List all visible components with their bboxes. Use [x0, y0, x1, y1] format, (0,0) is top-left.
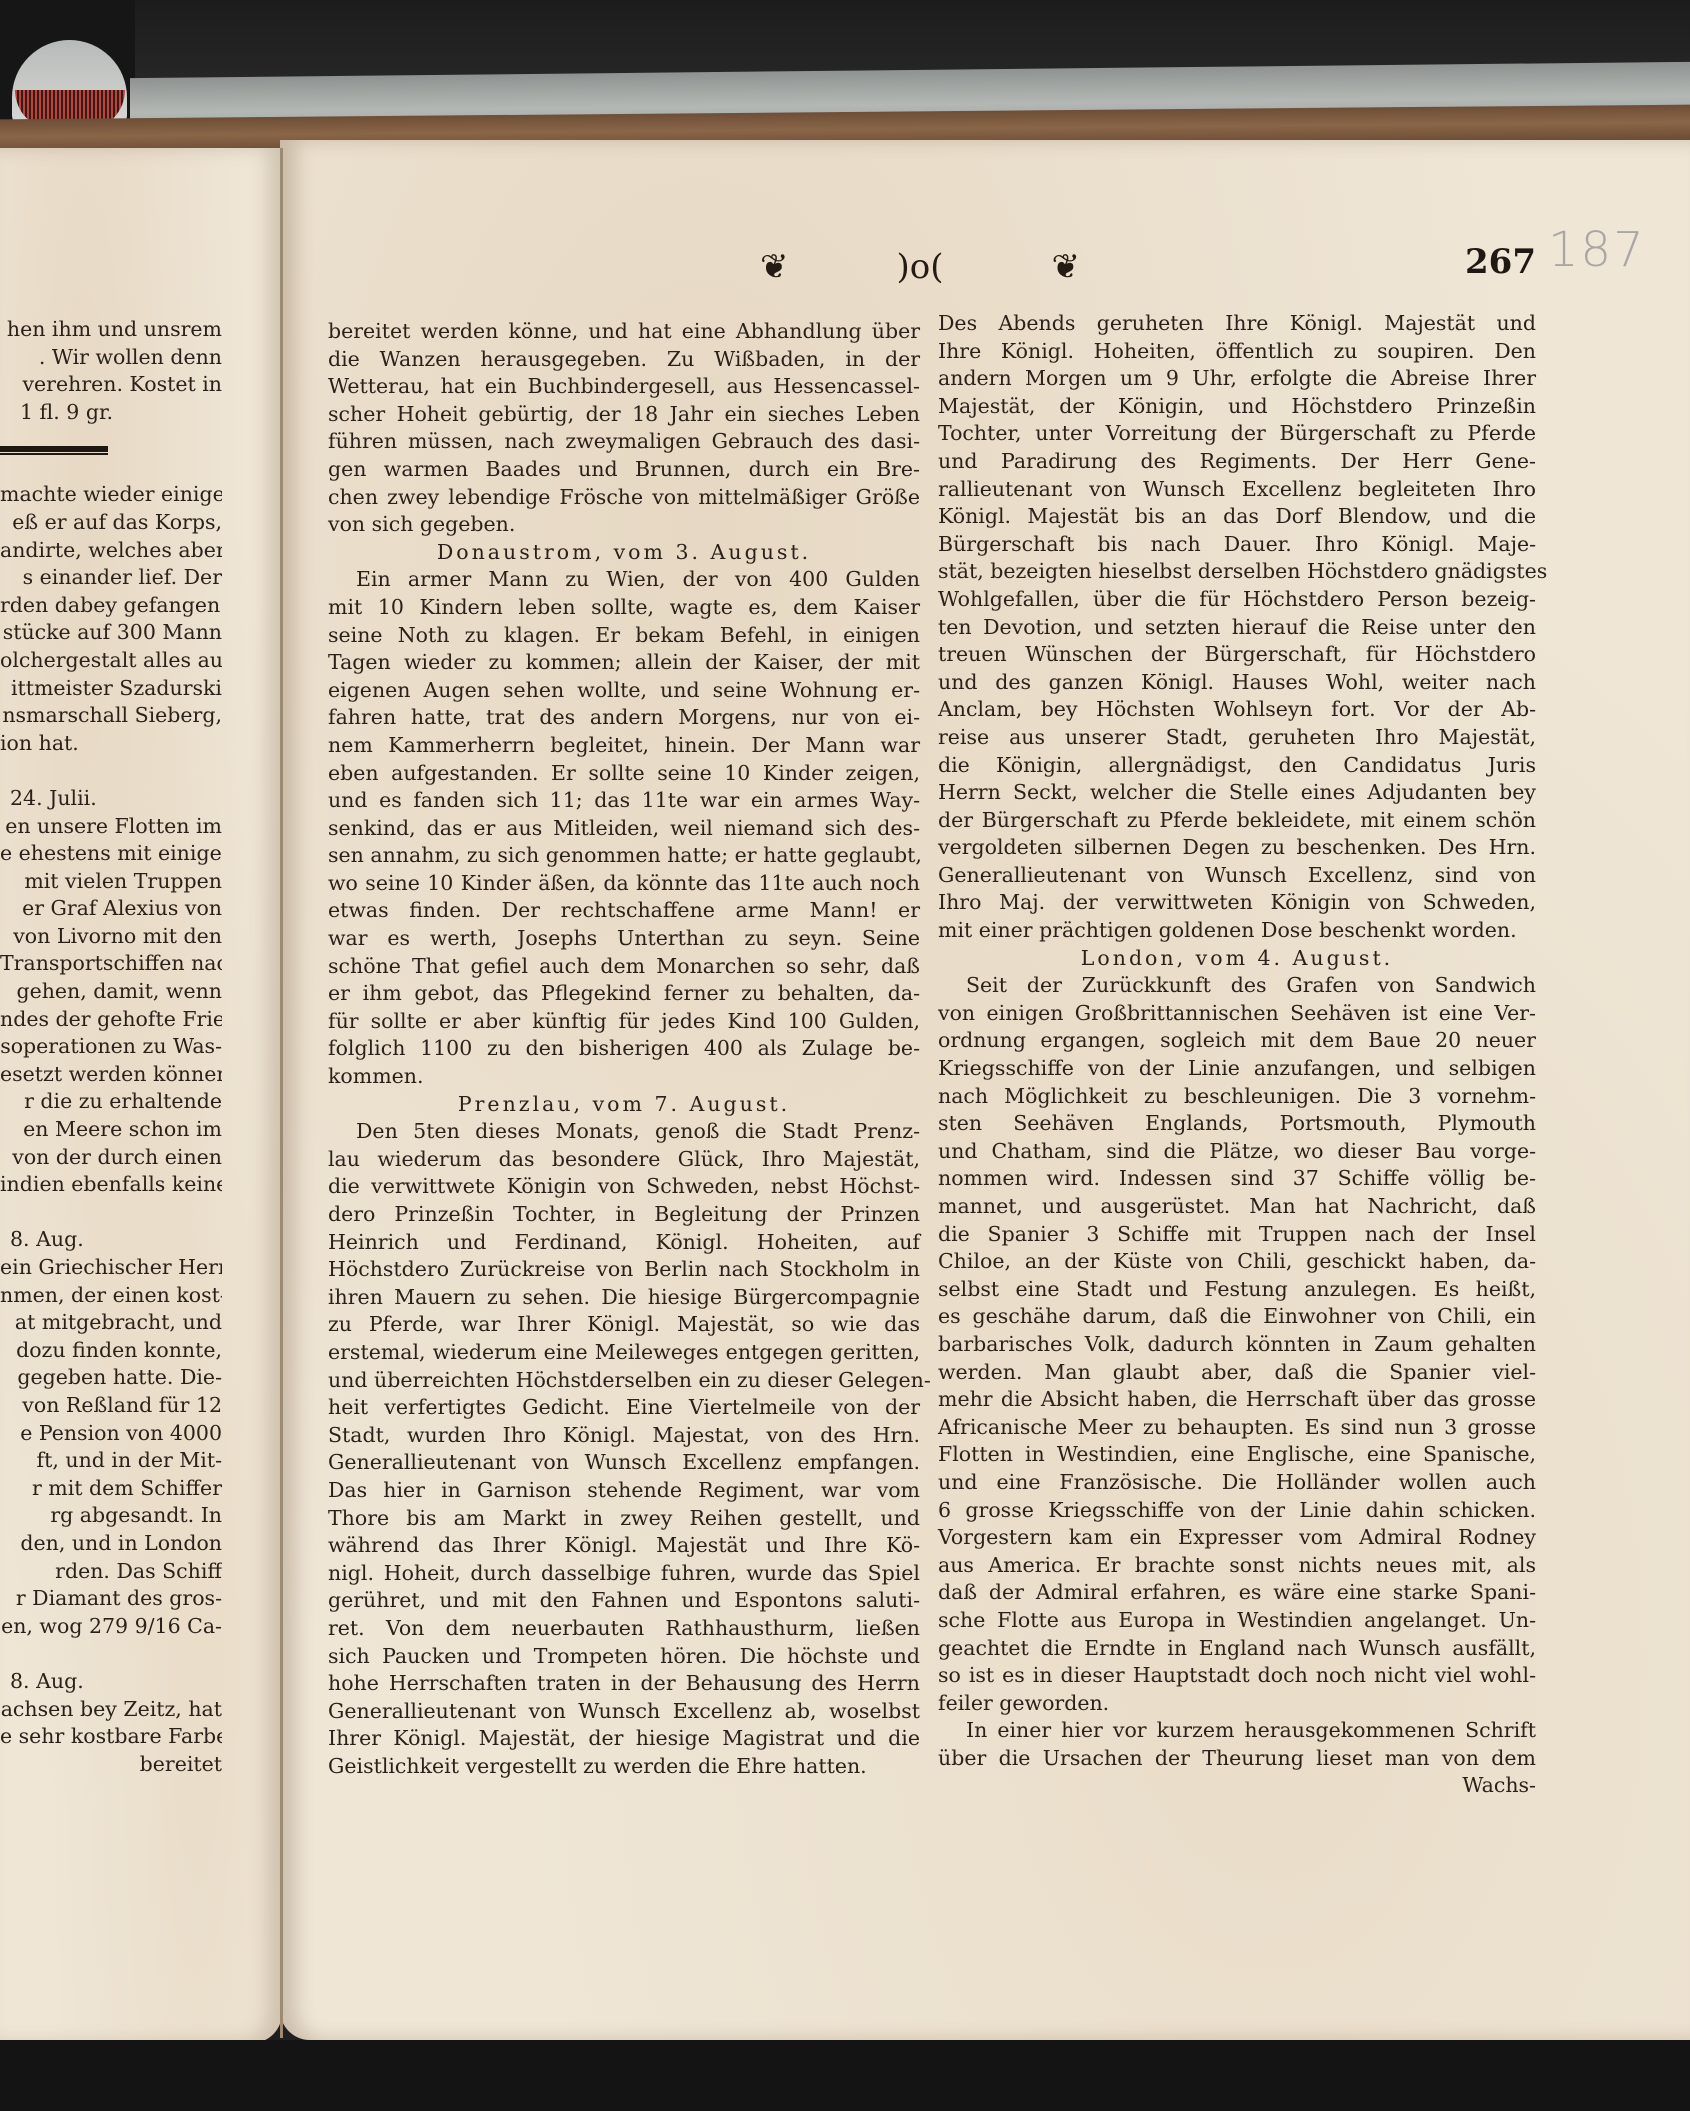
text-line: ten Devotion, und setzten hierauf die Re…: [938, 614, 1536, 642]
text-line: achsen bey Zeitz, hat: [0, 1696, 222, 1724]
text-line: indien ebenfalls keine: [0, 1171, 222, 1199]
text-line: Königl. Majestät bis an das Dorf Blendow…: [938, 503, 1536, 531]
dateline-heading-london: London, vom 4. August.: [938, 945, 1536, 973]
text-line: und eine Französische. Die Holländer wol…: [938, 1469, 1536, 1497]
text-line: selbst eine Stadt und Festung anzulegen.…: [938, 1276, 1536, 1304]
text-line: Tochter, unter Vorreitung der Bürgerscha…: [938, 420, 1536, 448]
text-line: Wetterau, hat ein Buchbindergesell, aus …: [328, 373, 920, 401]
text-line: stät, bezeigten hieselbst derselben Höch…: [938, 558, 1536, 586]
text-line: heit verfertigtes Gedicht. Eine Viertelm…: [328, 1394, 920, 1422]
text-line: Bürgerschaft bis nach Dauer. Ihro Königl…: [938, 531, 1536, 559]
text-line: die Wanzen herausgegeben. Zu Wißbaden, i…: [328, 346, 920, 374]
text-line: Thore bis am Markt in zwey Reihen gestel…: [328, 1505, 920, 1533]
pencil-folio-number: 187: [1548, 222, 1646, 278]
text-line: mannet, und ausgerüstet. Man hat Nachric…: [938, 1193, 1536, 1221]
text-line: r die zu erhaltende: [0, 1088, 222, 1116]
catchword: Wachs-: [938, 1772, 1536, 1800]
text-line: sten Seehäven Englands, Portsmouth, Plym…: [938, 1110, 1536, 1138]
text-line: ittmeister Szadurski: [0, 675, 222, 703]
text-line: nigl. Hoheit, durch dasselbige fuhren, w…: [328, 1560, 920, 1588]
text-line: barbarisches Volk, dadurch könnten in Za…: [938, 1331, 1536, 1359]
text-line: seine Noth zu klagen. Er bekam Befehl, i…: [328, 622, 920, 650]
text-line: machte wieder einige: [0, 481, 222, 509]
book-gutter: [280, 148, 283, 2038]
text-line: 1 fl. 9 gr.: [0, 399, 222, 427]
text-line: und es fanden sich 11; das 11te war ein …: [328, 787, 920, 815]
text-line: ft, und in der Mit-: [0, 1447, 222, 1475]
text-line: er Graf Alexius von: [0, 895, 222, 923]
text-line: folglich 1100 zu den bisherigen 400 als …: [328, 1035, 920, 1063]
text-line: ihren Mauern zu sehen. Die hiesige Bürge…: [328, 1284, 920, 1312]
text-line: dozu finden konnte,: [0, 1337, 222, 1365]
text-line: Heinrich und Ferdinand, Königl. Hoheiten…: [328, 1229, 920, 1257]
line-gap: [0, 1199, 222, 1227]
text-line: nsmarschall Sieberg,: [0, 702, 222, 730]
text-line: es geschähe darum, daß die Einwohner von…: [938, 1303, 1536, 1331]
text-line: senkind, das er aus Mitleiden, weil niem…: [328, 815, 920, 843]
running-head: ❦ )o( ❦: [760, 247, 1080, 287]
text-line: über die Ursachen der Theurung lieset ma…: [938, 1745, 1536, 1773]
text-line: Des Abends geruheten Ihre Königl. Majest…: [938, 310, 1536, 338]
article-column-2: Des Abends geruheten Ihre Königl. Majest…: [938, 310, 1536, 1800]
text-line: von Reßland für 12: [0, 1392, 222, 1420]
text-line: wo seine 10 Kinder äßen, da könnte das 1…: [328, 870, 920, 898]
dateline-heading-donaustrom: Donaustrom, vom 3. August.: [328, 539, 920, 567]
text-line: Ihrer Königl. Majestät, der hiesige Magi…: [328, 1725, 920, 1753]
text-line: so ist es in dieser Hauptstadt doch noch…: [938, 1662, 1536, 1690]
text-line: werden. Man glaubt aber, daß die Spanier…: [938, 1359, 1536, 1387]
text-line: mit 10 Kindern leben sollte, wagte es, d…: [328, 594, 920, 622]
text-line: kommen.: [328, 1063, 920, 1091]
line-gap: [0, 1640, 222, 1668]
text-line: war es werth, Josephs Unterthan zu seyn.…: [328, 925, 920, 953]
line-gap: [0, 757, 222, 785]
text-line: e Pension von 4000: [0, 1420, 222, 1448]
text-line: Majestät, der Königin, und Höchstdero Pr…: [938, 393, 1536, 421]
text-line: en Meere schon im: [0, 1116, 222, 1144]
text-line: Das hier in Garnison stehende Regiment, …: [328, 1477, 920, 1505]
text-line: Stadt, wurden Ihro Königl. Majestat, von…: [328, 1422, 920, 1450]
dateline-heading-prenzlau: Prenzlau, vom 7. August.: [328, 1091, 920, 1119]
catchword: bereitet: [0, 1751, 222, 1779]
text-line: von einigen Großbrittannischen Seehäven …: [938, 1000, 1536, 1028]
text-line: esetzt werden können,: [0, 1061, 222, 1089]
text-line: olchergestalt alles auf: [0, 647, 222, 675]
text-line: feiler geworden.: [938, 1690, 1536, 1718]
text-line: gegeben hatte. Die-: [0, 1364, 222, 1392]
text-line: und Paradirung des Regiments. Der Herr G…: [938, 448, 1536, 476]
text-line: nem Kammerherrn begleitet, hinein. Der M…: [328, 732, 920, 760]
text-line: die Königin, allergnädigst, den Candidat…: [938, 752, 1536, 780]
text-line: für sollte er aber künftig für jedes Kin…: [328, 1008, 920, 1036]
text-line: Tagen wieder zu kommen; allein der Kaise…: [328, 649, 920, 677]
text-line: rden dabey gefangen.: [0, 592, 222, 620]
text-line: nmen, der einen kost-: [0, 1282, 222, 1310]
text-line: den, und in London: [0, 1530, 222, 1558]
text-line: e ehestens mit einigen: [0, 840, 222, 868]
text-line: gehen, damit, wenn: [0, 978, 222, 1006]
text-line: Generallieutenant von Wunsch Excellenz a…: [328, 1698, 920, 1726]
text-line: schöne That gefiel auch dem Monarchen so…: [328, 953, 920, 981]
text-line: s einander lief. Der: [0, 564, 222, 592]
text-line: und Chatham, sind die Plätze, wo dieser …: [938, 1138, 1536, 1166]
text-line: Herrn Seckt, welcher die Stelle eines Ad…: [938, 779, 1536, 807]
text-line: reise aus unserer Stadt, geruheten Ihro …: [938, 724, 1536, 752]
text-line: erstemal, wiederum eine Meileweges entge…: [328, 1339, 920, 1367]
text-line: sche Flotte aus Europa in Westindien ang…: [938, 1607, 1536, 1635]
text-line: e sehr kostbare Farbe: [0, 1723, 222, 1751]
text-line: Höchstdero Zurückreise von Berlin nach S…: [328, 1256, 920, 1284]
text-line: ion hat.: [0, 730, 222, 758]
text-line: Flotten in Westindien, eine Englische, e…: [938, 1441, 1536, 1469]
text-line: er ihm gebot, das Pflegekind ferner zu b…: [328, 980, 920, 1008]
text-line: eß er auf das Korps,: [0, 509, 222, 537]
text-line: Transportschiffen nach: [0, 950, 222, 978]
text-line: die verwittwete Königin von Schweden, ne…: [328, 1173, 920, 1201]
text-line: ein Griechischer Herr: [0, 1254, 222, 1282]
text-line: Generallieutenant von Wunsch Excellenz e…: [328, 1449, 920, 1477]
text-line: von der durch einen: [0, 1144, 222, 1172]
text-line: ndes der gehofte Frie-: [0, 1006, 222, 1034]
text-line: Ihre Königl. Hoheiten, öffentlich zu sou…: [938, 338, 1536, 366]
text-line: lau wiederum das besondere Glück, Ihro M…: [328, 1146, 920, 1174]
text-line: sen annahm, zu sich genommen hatte; er h…: [328, 842, 920, 870]
dateline-heading: 8. Aug.: [0, 1226, 222, 1254]
text-line: en unsere Flotten im: [0, 813, 222, 841]
text-line: fahren hatte, trat des andern Morgens, n…: [328, 704, 920, 732]
text-line: andirte, welches aber: [0, 537, 222, 565]
text-line: scher Hoheit gebürtig, der 18 Jahr ein s…: [328, 401, 920, 429]
text-line: von Livorno mit den: [0, 923, 222, 951]
text-line: nommen wird. Indessen sind 37 Schiffe vö…: [938, 1165, 1536, 1193]
text-line: mit vielen Truppen: [0, 868, 222, 896]
text-line: chen zwey lebendige Frösche von mittelmä…: [328, 484, 920, 512]
text-line: die Spanier 3 Schiffe mit Truppen nach d…: [938, 1221, 1536, 1249]
text-line: ret. Von dem neuerbauten Rathhausthurm, …: [328, 1615, 920, 1643]
text-line: etwas finden. Der rechtschaffene arme Ma…: [328, 897, 920, 925]
text-line: während das Ihrer Königl. Majestät und I…: [328, 1532, 920, 1560]
text-line: von sich gegeben.: [328, 511, 920, 539]
text-line: Generallieutenant von Wunsch Excellenz, …: [938, 862, 1536, 890]
text-line: gen warmen Baades und Brunnen, durch ein…: [328, 456, 920, 484]
text-line: mehr die Absicht haben, die Herrschaft ü…: [938, 1386, 1536, 1414]
text-line: rg abgesandt. In: [0, 1502, 222, 1530]
text-line: In einer hier vor kurzem herausgekommene…: [938, 1717, 1536, 1745]
text-line: Wohlgefallen, über die für Höchstdero Pe…: [938, 586, 1536, 614]
text-line: 6 grosse Kriegsschiffe von der Linie dah…: [938, 1497, 1536, 1525]
text-line: r mit dem Schiffer: [0, 1475, 222, 1503]
text-line: verehren. Kostet in: [0, 371, 222, 399]
text-line: zu Pferde, war Ihrer Königl. Majestät, s…: [328, 1311, 920, 1339]
dateline-heading: 24. Julii.: [0, 785, 222, 813]
page-number: 267: [1465, 242, 1536, 282]
text-line: Anclam, bey Höchsten Wohlseyn fort. Vor …: [938, 696, 1536, 724]
text-line: Vorgestern kam ein Expresser vom Admiral…: [938, 1524, 1536, 1552]
text-line: sich Paucken und Trompeten hören. Die hö…: [328, 1643, 920, 1671]
shell-ornament-icon: ❦: [1052, 250, 1081, 284]
section-rule: [0, 446, 108, 455]
text-line: dero Prinzeßin Tochter, in Begleitung de…: [328, 1201, 920, 1229]
text-line: stücke auf 300 Mann: [0, 619, 222, 647]
text-line: eben aufgestanden. Er sollte seine 10 Ki…: [328, 760, 920, 788]
text-line: Seit der Zurückkunft des Grafen von Sand…: [938, 972, 1536, 1000]
text-line: Chiloe, an der Küste von Chili, geschick…: [938, 1248, 1536, 1276]
text-line: Geistlichkeit vergestellt zu werden die …: [328, 1753, 920, 1781]
text-line: r Diamant des gros-: [0, 1585, 222, 1613]
text-line: Africanische Meer zu behaupten. Es sind …: [938, 1414, 1536, 1442]
text-line: rallieutenant von Wunsch Excellenz begle…: [938, 476, 1536, 504]
text-line: und überreichten Höchstderselben ein zu …: [328, 1367, 920, 1395]
text-line: hohe Herrschaften traten in der Behausun…: [328, 1670, 920, 1698]
text-line: geachtet die Erndte in England nach Wuns…: [938, 1635, 1536, 1663]
text-line: en, wog 279 9/16 Ca-: [0, 1613, 222, 1641]
text-line: vergoldeten silbernen Degen zu beschenke…: [938, 834, 1536, 862]
article-column-1: bereitet werden könne, und hat eine Abha…: [328, 318, 920, 1780]
text-line: rden. Das Schiff: [0, 1558, 222, 1586]
shell-ornament-icon: ❦: [760, 250, 789, 284]
center-ornament-icon: )o(: [897, 250, 944, 284]
text-line: Ein armer Mann zu Wien, der von 400 Guld…: [328, 566, 920, 594]
text-line: führen müssen, nach zweymaligen Gebrauch…: [328, 428, 920, 456]
text-line: bereitet werden könne, und hat eine Abha…: [328, 318, 920, 346]
text-line: gerühret, und mit den Fahnen und Esponto…: [328, 1587, 920, 1615]
text-line: aus America. Er brachte sonst nichts neu…: [938, 1552, 1536, 1580]
text-line: eigenen Augen sehen wollte, und seine Wo…: [328, 677, 920, 705]
text-line: der Bürgerschaft zu Pferde bekleidete, m…: [938, 807, 1536, 835]
text-line: daß der Admiral erfahren, es wäre eine s…: [938, 1579, 1536, 1607]
text-line: andern Morgen um 9 Uhr, erfolgte die Abr…: [938, 365, 1536, 393]
text-line: hen ihm und unsrem: [0, 316, 222, 344]
text-line: at mitgebracht, und: [0, 1309, 222, 1337]
scanner-backdrop-bottom: [0, 2040, 1690, 2111]
text-line: ordnung ergangen, sogleich mit dem Baue …: [938, 1027, 1536, 1055]
text-line: nach Möglichkeit zu beschleunigen. Die 3…: [938, 1083, 1536, 1111]
text-line: Den 5ten dieses Monats, genoß die Stadt …: [328, 1118, 920, 1146]
text-line: soperationen zu Was-: [0, 1033, 222, 1061]
text-line: Ihro Maj. der verwittweten Königin von S…: [938, 889, 1536, 917]
text-line: und des ganzen Königl. Hauses Wohl, weit…: [938, 669, 1536, 697]
text-line: Kriegsschiffe von der Linie anzufangen, …: [938, 1055, 1536, 1083]
dateline-heading: 8. Aug.: [0, 1668, 222, 1696]
text-line: . Wir wollen denn: [0, 344, 222, 372]
left-page-text: hen ihm und unsrem . Wir wollen denn ver…: [0, 316, 222, 1778]
text-line: treuen Wünschen der Bürgerschaft, für Hö…: [938, 641, 1536, 669]
text-line: mit einer prächtigen goldenen Dose besch…: [938, 917, 1536, 945]
